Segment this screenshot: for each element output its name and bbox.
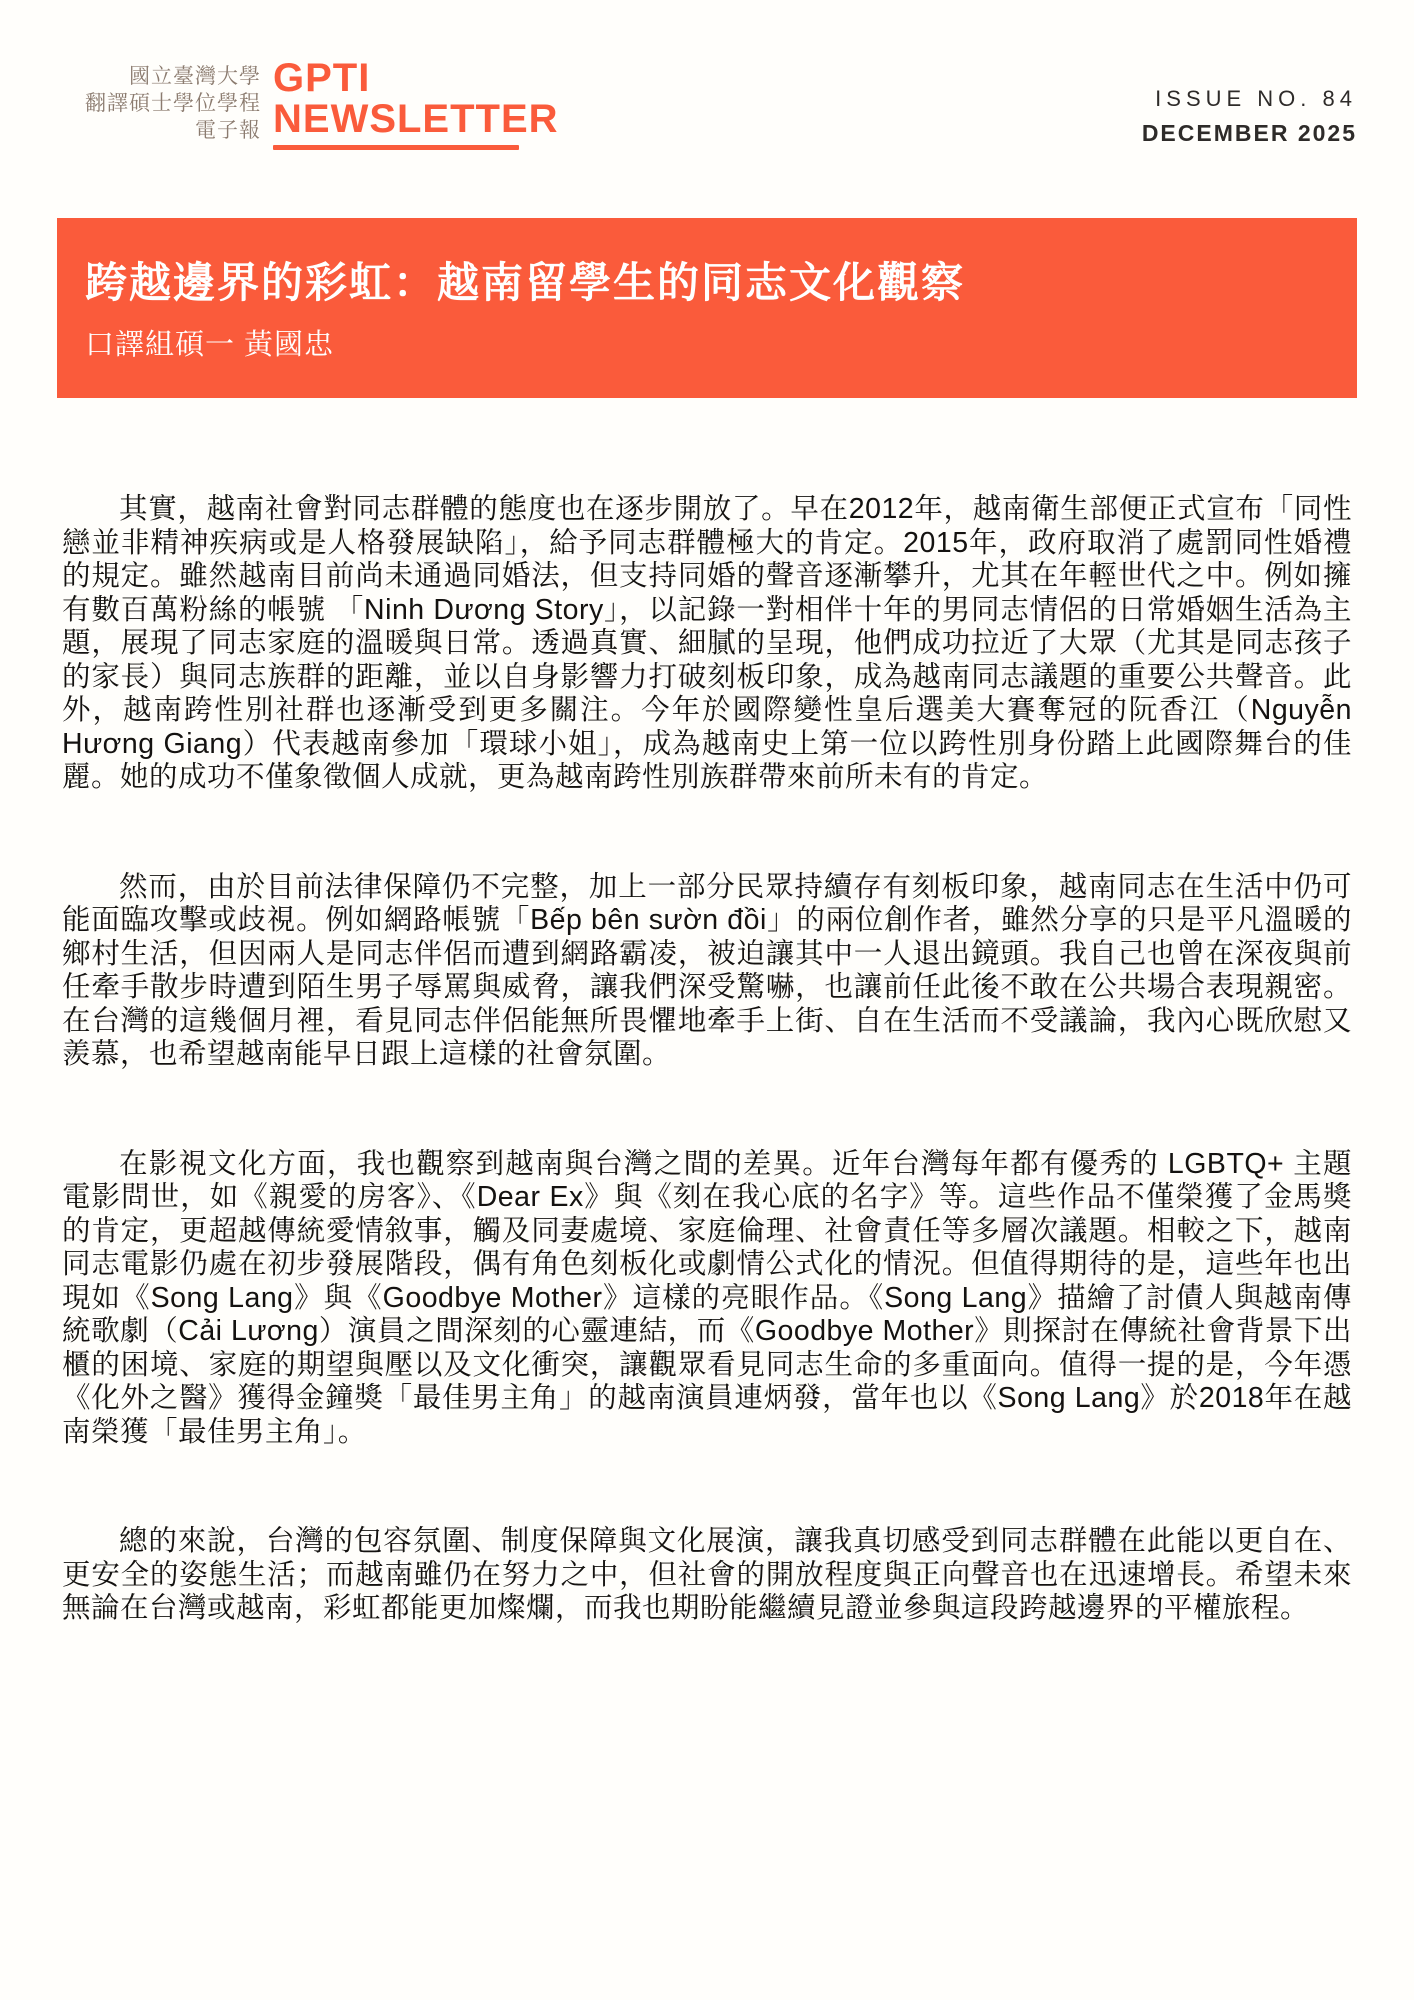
university-program-label: 國立臺灣大學 翻譯碩士學位學程 電子報 [85,63,261,150]
article-paragraph: 然而，由於目前法律保障仍不完整，加上一部分民眾持續存有刻板印象，越南同志在生活中… [62,871,1352,1072]
brand-underline [273,145,519,150]
article-paragraph: 其實，越南社會對同志群體的態度也在逐步開放了。早在2012年，越南衛生部便正式宣… [62,493,1352,795]
article-title: 跨越邊界的彩虹：越南留學生的同志文化觀察 [85,258,1329,308]
article-paragraph: 總的來說，台灣的包容氛圍、制度保障與文化展演，讓我真切感受到同志群體在此能以更自… [62,1525,1352,1626]
logo-line-program: 翻譯碩士學位學程 [85,90,261,117]
logo-line-university: 國立臺灣大學 [85,63,261,90]
article-paragraph: 在影視文化方面，我也觀察到越南與台灣之間的差異。近年台灣每年都有優秀的 LGBT… [62,1148,1352,1450]
brand-wordmark: GPTI NEWSLETTER [273,58,559,150]
article-title-banner: 跨越邊界的彩虹：越南留學生的同志文化觀察 口譯組碩一 黃國忠 [57,218,1357,398]
article-body: 其實，越南社會對同志群體的態度也在逐步開放了。早在2012年，越南衛生部便正式宣… [62,493,1352,1626]
brand-newsletter: NEWSLETTER [273,99,559,140]
brand-gpti: GPTI [273,58,559,99]
issue-number: ISSUE NO. 84 [1142,86,1357,112]
issue-date: DECEMBER 2025 [1142,120,1357,147]
article-author: 口譯組碩一 黃國忠 [85,322,1329,363]
newsletter-header: 國立臺灣大學 翻譯碩士學位學程 電子報 GPTI NEWSLETTER ISSU… [0,0,1414,150]
gpti-logo: 國立臺灣大學 翻譯碩士學位學程 電子報 GPTI NEWSLETTER [85,58,559,150]
issue-info: ISSUE NO. 84 DECEMBER 2025 [1142,58,1357,147]
logo-line-enewsletter: 電子報 [85,117,261,144]
